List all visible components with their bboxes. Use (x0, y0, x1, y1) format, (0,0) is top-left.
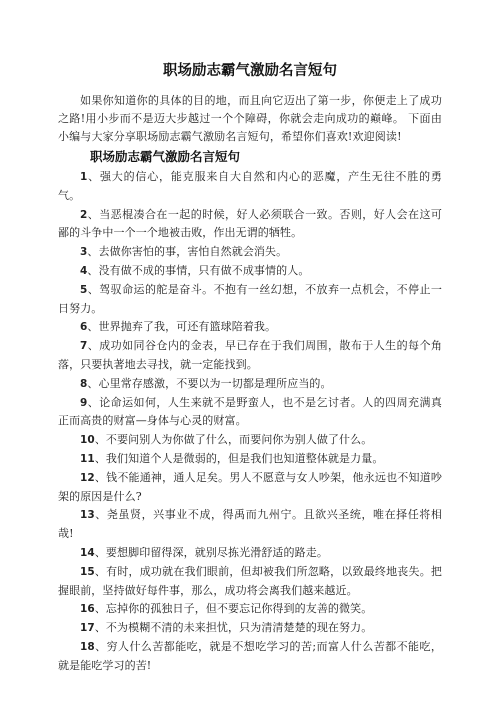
item-separator: 、 (95, 433, 106, 446)
document-title: 职场励志霸气激励名言短句 (58, 61, 442, 81)
item-text: 要想脚印留得深，就别尽拣光滑舒适的路走。 (106, 546, 328, 559)
section-heading: 职场励志霸气激励名言短句 (90, 148, 240, 166)
list-item: 1、强大的信心，能克服来自大自然和内心的恶魔，产生无往不胜的勇气。 (58, 168, 442, 206)
item-separator: 、 (87, 320, 98, 333)
list-item: 2、当恶棍凑合在一起的时候，好人必须联合一致。否则，好人会在这可鄙的斗争中一个一… (58, 206, 442, 244)
list-item: 15、有时，成功就在我们眼前，但却被我们所忽略，以致最终地丧失。把握眼前，坚持做… (58, 563, 442, 601)
item-separator: 、 (87, 377, 98, 390)
item-number: 18 (80, 641, 95, 653)
item-number: 16 (80, 603, 95, 615)
item-number: 10 (80, 434, 95, 446)
quote-list: 1、强大的信心，能克服来自大自然和内心的恶魔，产生无往不胜的勇气。2、当恶棍凑合… (58, 168, 442, 676)
item-text: 世界抛弃了我，可还有篮球陪着我。 (99, 320, 277, 333)
item-text: 有时，成功就在我们眼前，但却被我们所忽略，以致最终地丧失。把握眼前，坚持做好每件… (58, 565, 442, 597)
item-text: 不要问别人为你做了什么，而要问你为别人做了什么。 (106, 433, 372, 446)
list-item: 7、成功如同谷仓内的金表，早已存在于我们周围，散布于人生的每个角落，只要执著地去… (58, 337, 442, 375)
item-text: 尧虽贤，兴事业不成，得禹而九州宁。且欲兴圣统，唯在择任将相哉! (58, 508, 442, 540)
item-separator: 、 (87, 170, 100, 183)
item-text: 没有做不成的事情，只有做不成事情的人。 (99, 264, 310, 277)
item-number: 11 (80, 453, 95, 465)
item-text: 驾驭命运的舵是奋斗。不抱有一丝幻想，不放弃一点机会，不停止一日努力。 (58, 283, 442, 315)
list-item: 4、没有做不成的事情，只有做不成事情的人。 (58, 262, 442, 281)
item-number: 13 (80, 509, 95, 521)
item-text: 去做你害怕的事，害怕自然就会消失。 (99, 245, 288, 258)
list-item: 11、我们知道个人是微弱的，但是我们也知道整体就是力量。 (58, 450, 442, 469)
item-text: 强大的信心，能克服来自大自然和内心的恶魔，产生无往不胜的勇气。 (58, 170, 442, 202)
list-item: 6、世界抛弃了我，可还有篮球陪着我。 (58, 318, 442, 337)
item-separator: 、 (95, 565, 106, 578)
item-number: 15 (80, 566, 95, 578)
item-separator: 、 (95, 471, 106, 484)
item-separator: 、 (95, 602, 106, 615)
list-item: 12、钱不能通神，通人足矣。男人不愿意与女人吵架，他永远也不知道吵架的原因是什么… (58, 469, 442, 507)
item-text: 成功如同谷仓内的金表，早已存在于我们周围，散布于人生的每个角落，只要执著地去寻找… (58, 339, 442, 371)
item-separator: 、 (87, 396, 99, 409)
item-text: 论命运如何，人生来就不是野蛮人，也不是乞讨者。人的四周充满真正而高贵的财富—身体… (58, 396, 442, 428)
list-item: 18、穷人什么苦都能吃，就是不想吃学习的苦;而富人什么苦都不能吃，就是能吃学习的… (58, 638, 442, 676)
item-number: 12 (80, 472, 95, 484)
list-item: 14、要想脚印留得深，就别尽拣光滑舒适的路走。 (58, 544, 442, 563)
list-item: 8、心里常存感激，不要以为一切都是理所应当的。 (58, 375, 442, 394)
item-text: 忘掉你的孤独日子，但不要忘记你得到的友善的微笑。 (106, 602, 372, 615)
list-item: 17、不为模糊不清的未来担忧，只为清清楚楚的现在努力。 (58, 619, 442, 638)
item-text: 穷人什么苦都能吃，就是不想吃学习的苦;而富人什么苦都不能吃，就是能吃学习的苦! (58, 640, 442, 672)
item-number: 14 (80, 547, 95, 559)
item-text: 我们知道个人是微弱的，但是我们也知道整体就是力量。 (106, 452, 384, 465)
list-item: 9、论命运如何，人生来就不是野蛮人，也不是乞讨者。人的四周充满真正而高贵的财富—… (58, 394, 442, 432)
item-separator: 、 (95, 546, 106, 559)
item-number: 17 (80, 622, 95, 634)
item-text: 心里常存感激，不要以为一切都是理所应当的。 (99, 377, 332, 390)
list-item: 3、去做你害怕的事，害怕自然就会消失。 (58, 243, 442, 262)
item-separator: 、 (87, 245, 98, 258)
item-text: 不为模糊不清的未来担忧，只为清清楚楚的现在努力。 (106, 621, 372, 634)
list-item: 10、不要问别人为你做了什么，而要问你为别人做了什么。 (58, 431, 442, 450)
item-separator: 、 (87, 283, 99, 296)
item-separator: 、 (87, 339, 99, 352)
item-text: 钱不能通神，通人足矣。男人不愿意与女人吵架，他永远也不知道吵架的原因是什么? (58, 471, 442, 503)
item-separator: 、 (95, 621, 106, 634)
list-item: 16、忘掉你的孤独日子，但不要忘记你得到的友善的微笑。 (58, 600, 442, 619)
item-separator: 、 (95, 452, 106, 465)
item-separator: 、 (87, 264, 98, 277)
item-separator: 、 (95, 640, 107, 653)
list-item: 13、尧虽贤，兴事业不成，得禹而九州宁。且欲兴圣统，唯在择任将相哉! (58, 506, 442, 544)
item-separator: 、 (95, 508, 107, 521)
list-item: 5、驾驭命运的舵是奋斗。不抱有一丝幻想，不放弃一点机会，不停止一日努力。 (58, 281, 442, 319)
intro-paragraph: 如果你知道你的具体的目的地，而且向它迈出了第一步，你便走上了成功之路!用小步而不… (58, 92, 442, 146)
item-text: 当恶棍凑合在一起的时候，好人必须联合一致。否则，好人会在这可鄙的斗争中一个一个地… (58, 208, 442, 240)
item-separator: 、 (87, 208, 99, 221)
